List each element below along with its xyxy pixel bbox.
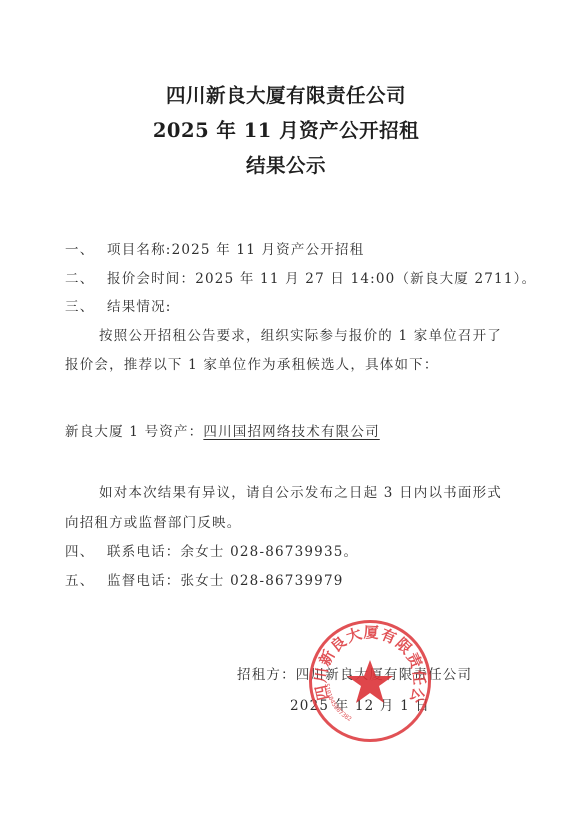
item-label: 项目名称: (107, 242, 172, 258)
item-label: 联系电话： (107, 544, 181, 560)
item-label: 结果情况: (107, 299, 172, 315)
result-paragraph-line-2: 报价会，推荐以下 1 家单位作为承租候选人，具体如下： (65, 353, 439, 373)
item-number: 二、 (65, 267, 107, 287)
item-result: 三、结果情况: (65, 295, 172, 315)
item-label: 监督电话： (107, 573, 181, 589)
item-value: 张女士 028-86739979 (181, 573, 344, 589)
title-result: 结果公示 (0, 150, 572, 178)
title-company: 四川新良大厦有限责任公司 (0, 80, 572, 108)
item-value: 2025 年 11 月资产公开招租 (172, 242, 365, 258)
signature-issuer: 招租方：四川新良大厦有限责任公司 (237, 663, 472, 683)
item-value: 余女士 028-86739935。 (181, 544, 359, 560)
contact-phone: 四、联系电话：余女士 028-86739935。 (65, 540, 358, 560)
item-number: 三、 (65, 295, 107, 315)
asset-label: 新良大厦 1 号资产： (65, 424, 203, 440)
winner-line: 新良大厦 1 号资产：四川国招网络技术有限公司 (65, 420, 380, 440)
title-project: 2025 年 11 月资产公开招租 (0, 115, 572, 143)
result-paragraph-line-1: 按照公开招租公告要求，组织实际参与报价的 1 家单位召开了 (99, 324, 502, 344)
winner-company: 四川国招网络技术有限公司 (203, 424, 379, 440)
item-number: 一、 (65, 238, 107, 258)
objection-paragraph-line-1: 如对本次结果有异议，请自公示发布之日起 3 日内以书面形式 (99, 481, 502, 501)
objection-paragraph-line-2: 向招租方或监督部门反映。 (65, 511, 241, 531)
item-project-name: 一、项目名称:2025 年 11 月资产公开招租 (65, 238, 364, 258)
signature-date: 2025 年 12 月 1 日 (290, 694, 430, 714)
item-value: 2025 年 11 月 27 日 14:00（新良大厦 2711）。 (195, 271, 536, 287)
item-meeting-time: 二、报价会时间：2025 年 11 月 27 日 14:00（新良大厦 2711… (65, 267, 536, 287)
item-label: 报价会时间： (107, 271, 195, 287)
item-number: 五、 (65, 569, 107, 589)
supervision-phone: 五、监督电话：张女士 028-86739979 (65, 569, 344, 589)
item-number: 四、 (65, 540, 107, 560)
